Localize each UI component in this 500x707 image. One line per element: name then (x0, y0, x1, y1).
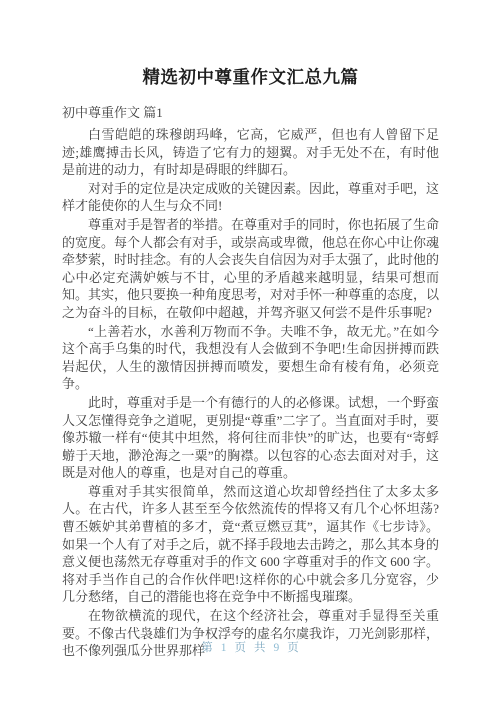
essay-paragraph: 白雪皑皑的珠穆朗玛峰，它高，它威严，但也有人曾留下足迹;雄鹰搏击长风，铸造了它有… (62, 126, 439, 179)
essay-body: 白雪皑皑的珠穆朗玛峰，它高，它威严，但也有人曾留下足迹;雄鹰搏击长风，铸造了它有… (62, 126, 439, 660)
essay-paragraph: 尊重对手是智者的举措。在尊重对手的同时，你也拓展了生命的宽度。每个人都会有对手，… (62, 216, 439, 322)
section-heading: 初中尊重作文 篇1 (62, 104, 439, 121)
total-page-number: 9 (274, 642, 280, 654)
page-title: 精选初中尊重作文汇总九篇 (62, 64, 439, 89)
footer-label-di: 第 (201, 642, 213, 654)
current-page-number: 1 (221, 642, 227, 654)
footer-label-ye2: 页 (287, 642, 299, 654)
page-footer: 第1页共9页 (0, 639, 500, 655)
essay-paragraph: 尊重对手其实很简单，然而这道心坎却曾经挡住了太多太多人。在古代，许多人甚至至今依… (62, 483, 439, 606)
document-page: 精选初中尊重作文汇总九篇 初中尊重作文 篇1 白雪皑皑的珠穆朗玛峰，它高，它威严… (62, 64, 439, 661)
footer-label-gong: 共 (254, 642, 266, 654)
essay-paragraph: 此时，尊重对手是一个有德行的人的必修课。试想，一个野蛮人又怎懂得竞争之道呢，更别… (62, 394, 439, 482)
essay-paragraph: 对对手的定位是决定成败的关键因素。因此，尊重对手吧，这样才能使你的人生与众不同! (62, 180, 439, 215)
footer-label-ye: 页 (235, 642, 247, 654)
essay-paragraph: “上善若水，水善利万物而不争。夫唯不争，故无尤。”在如今这个高手乌集的时代，我想… (62, 323, 439, 393)
